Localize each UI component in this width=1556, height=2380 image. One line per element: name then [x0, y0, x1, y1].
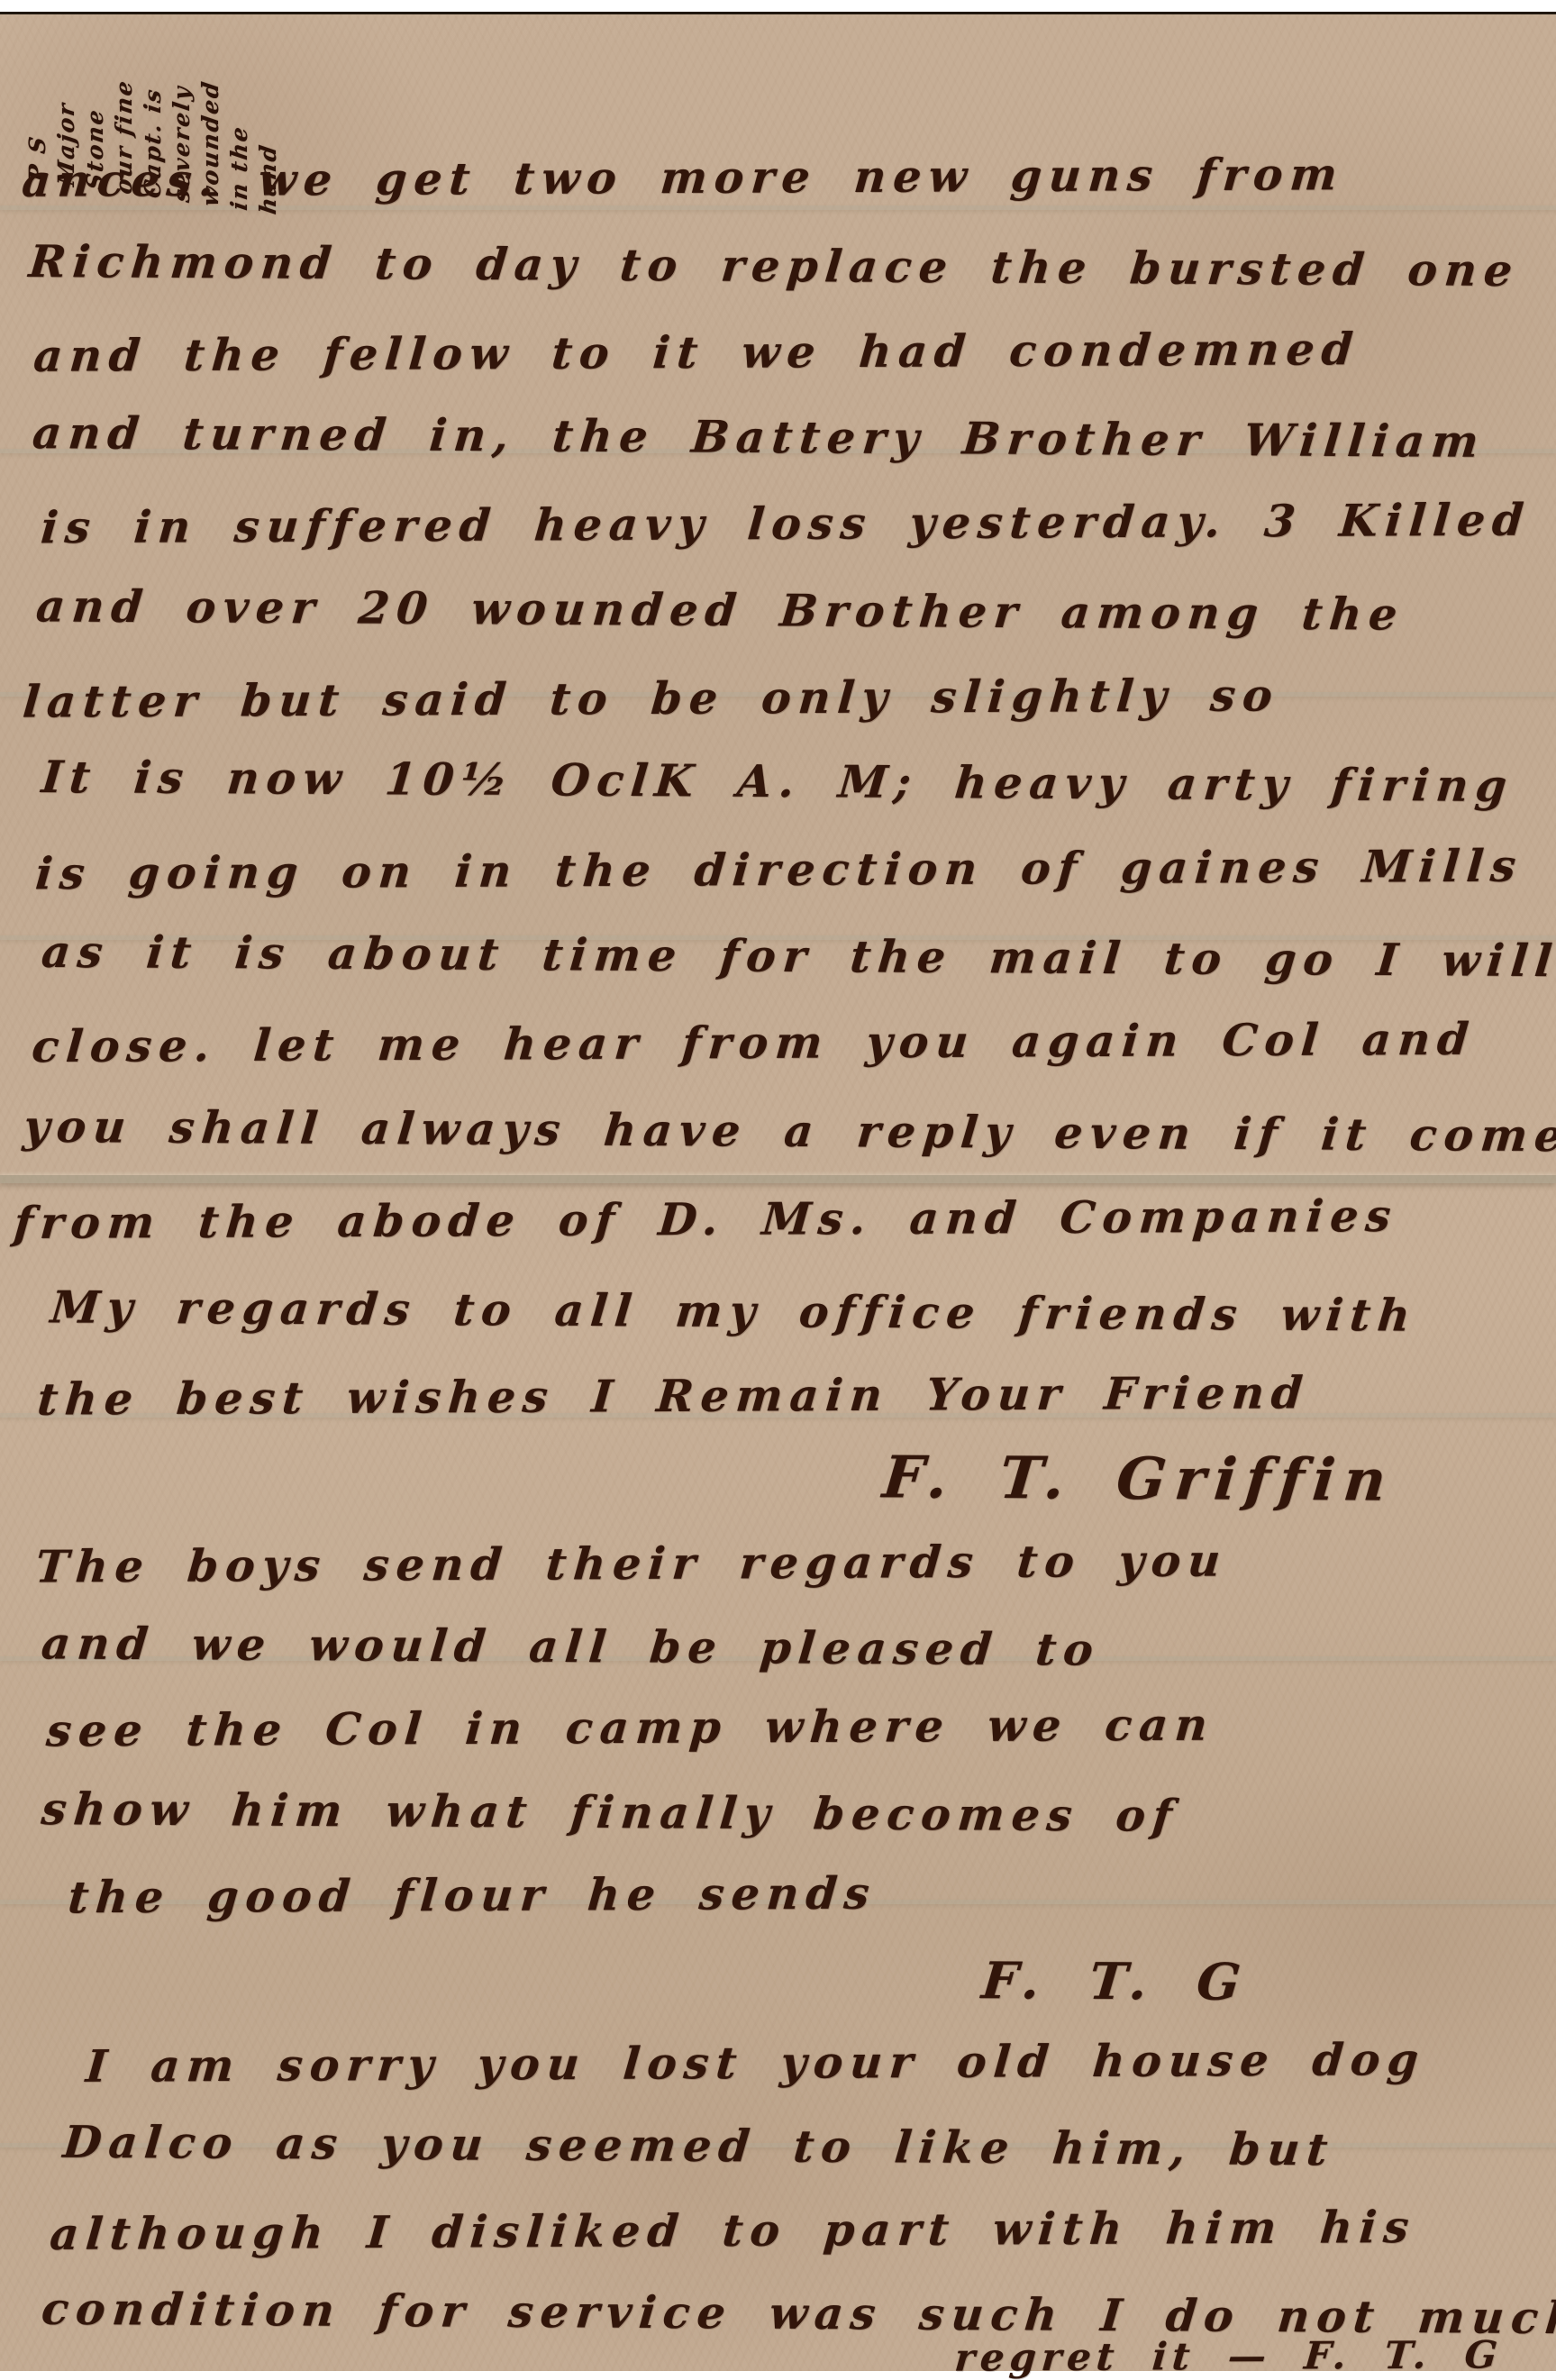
signature: F. T. Griffin [880, 1444, 1398, 1514]
letter-line: I am sorry you lost your old house dog [84, 2033, 1427, 2093]
letter-line: is in suffered heavy loss yesterday. 3 K… [39, 494, 1533, 554]
letter-line: the best wishes I Remain Your Friend [35, 1366, 1312, 1425]
fold-crease-strong [0, 1175, 1556, 1183]
letter-line: and turned in, the Battery Brother Willi… [31, 406, 1488, 468]
letter-line: from the abode of D. Ms. and Companies [12, 1190, 1399, 1249]
letter-line: My regards to all my office friends with [49, 1281, 1420, 1341]
letter-line: the good flour he sends [66, 1867, 878, 1924]
initials: F. T. G [979, 1951, 1251, 2012]
letter-line: show him what finally becomes of [40, 1783, 1181, 1842]
closing-initials: regret it — F. T. G [953, 2332, 1505, 2371]
letter-line: and the fellow to it we had condemned [32, 323, 1361, 382]
letter-line: latter but said to be only slightly so [21, 669, 1281, 727]
letter-line: as it is about time for the mail to go I… [40, 926, 1556, 987]
letter-line: and we would all be pleased to [40, 1617, 1103, 1675]
letter-line: The boys send their regards to you [33, 1535, 1229, 1593]
letter-line: Richmond to day to replace the bursted o… [27, 235, 1522, 296]
letter-line: see the Col in camp where we can [44, 1699, 1216, 1757]
letter-line: It is now 10½ OclK A. M; heavy arty firi… [40, 751, 1516, 812]
letter-line: close. let me hear from you again Col an… [30, 1013, 1478, 1072]
letter-line: is going on in the direction of gaines M… [33, 840, 1524, 900]
letter-page: P S Major Stone our fine Capt. is severe… [0, 12, 1556, 2371]
letter-line: although I disliked to part with him his [48, 2201, 1417, 2260]
letter-line: you shall always have a reply even if it… [22, 1100, 1556, 1162]
letter-line: ances. we get two more new guns from [20, 148, 1346, 207]
letter-line: Dalco as you seemed to like him, but [61, 2116, 1337, 2176]
letter-line: and over 20 wounded Brother among the [34, 579, 1406, 640]
